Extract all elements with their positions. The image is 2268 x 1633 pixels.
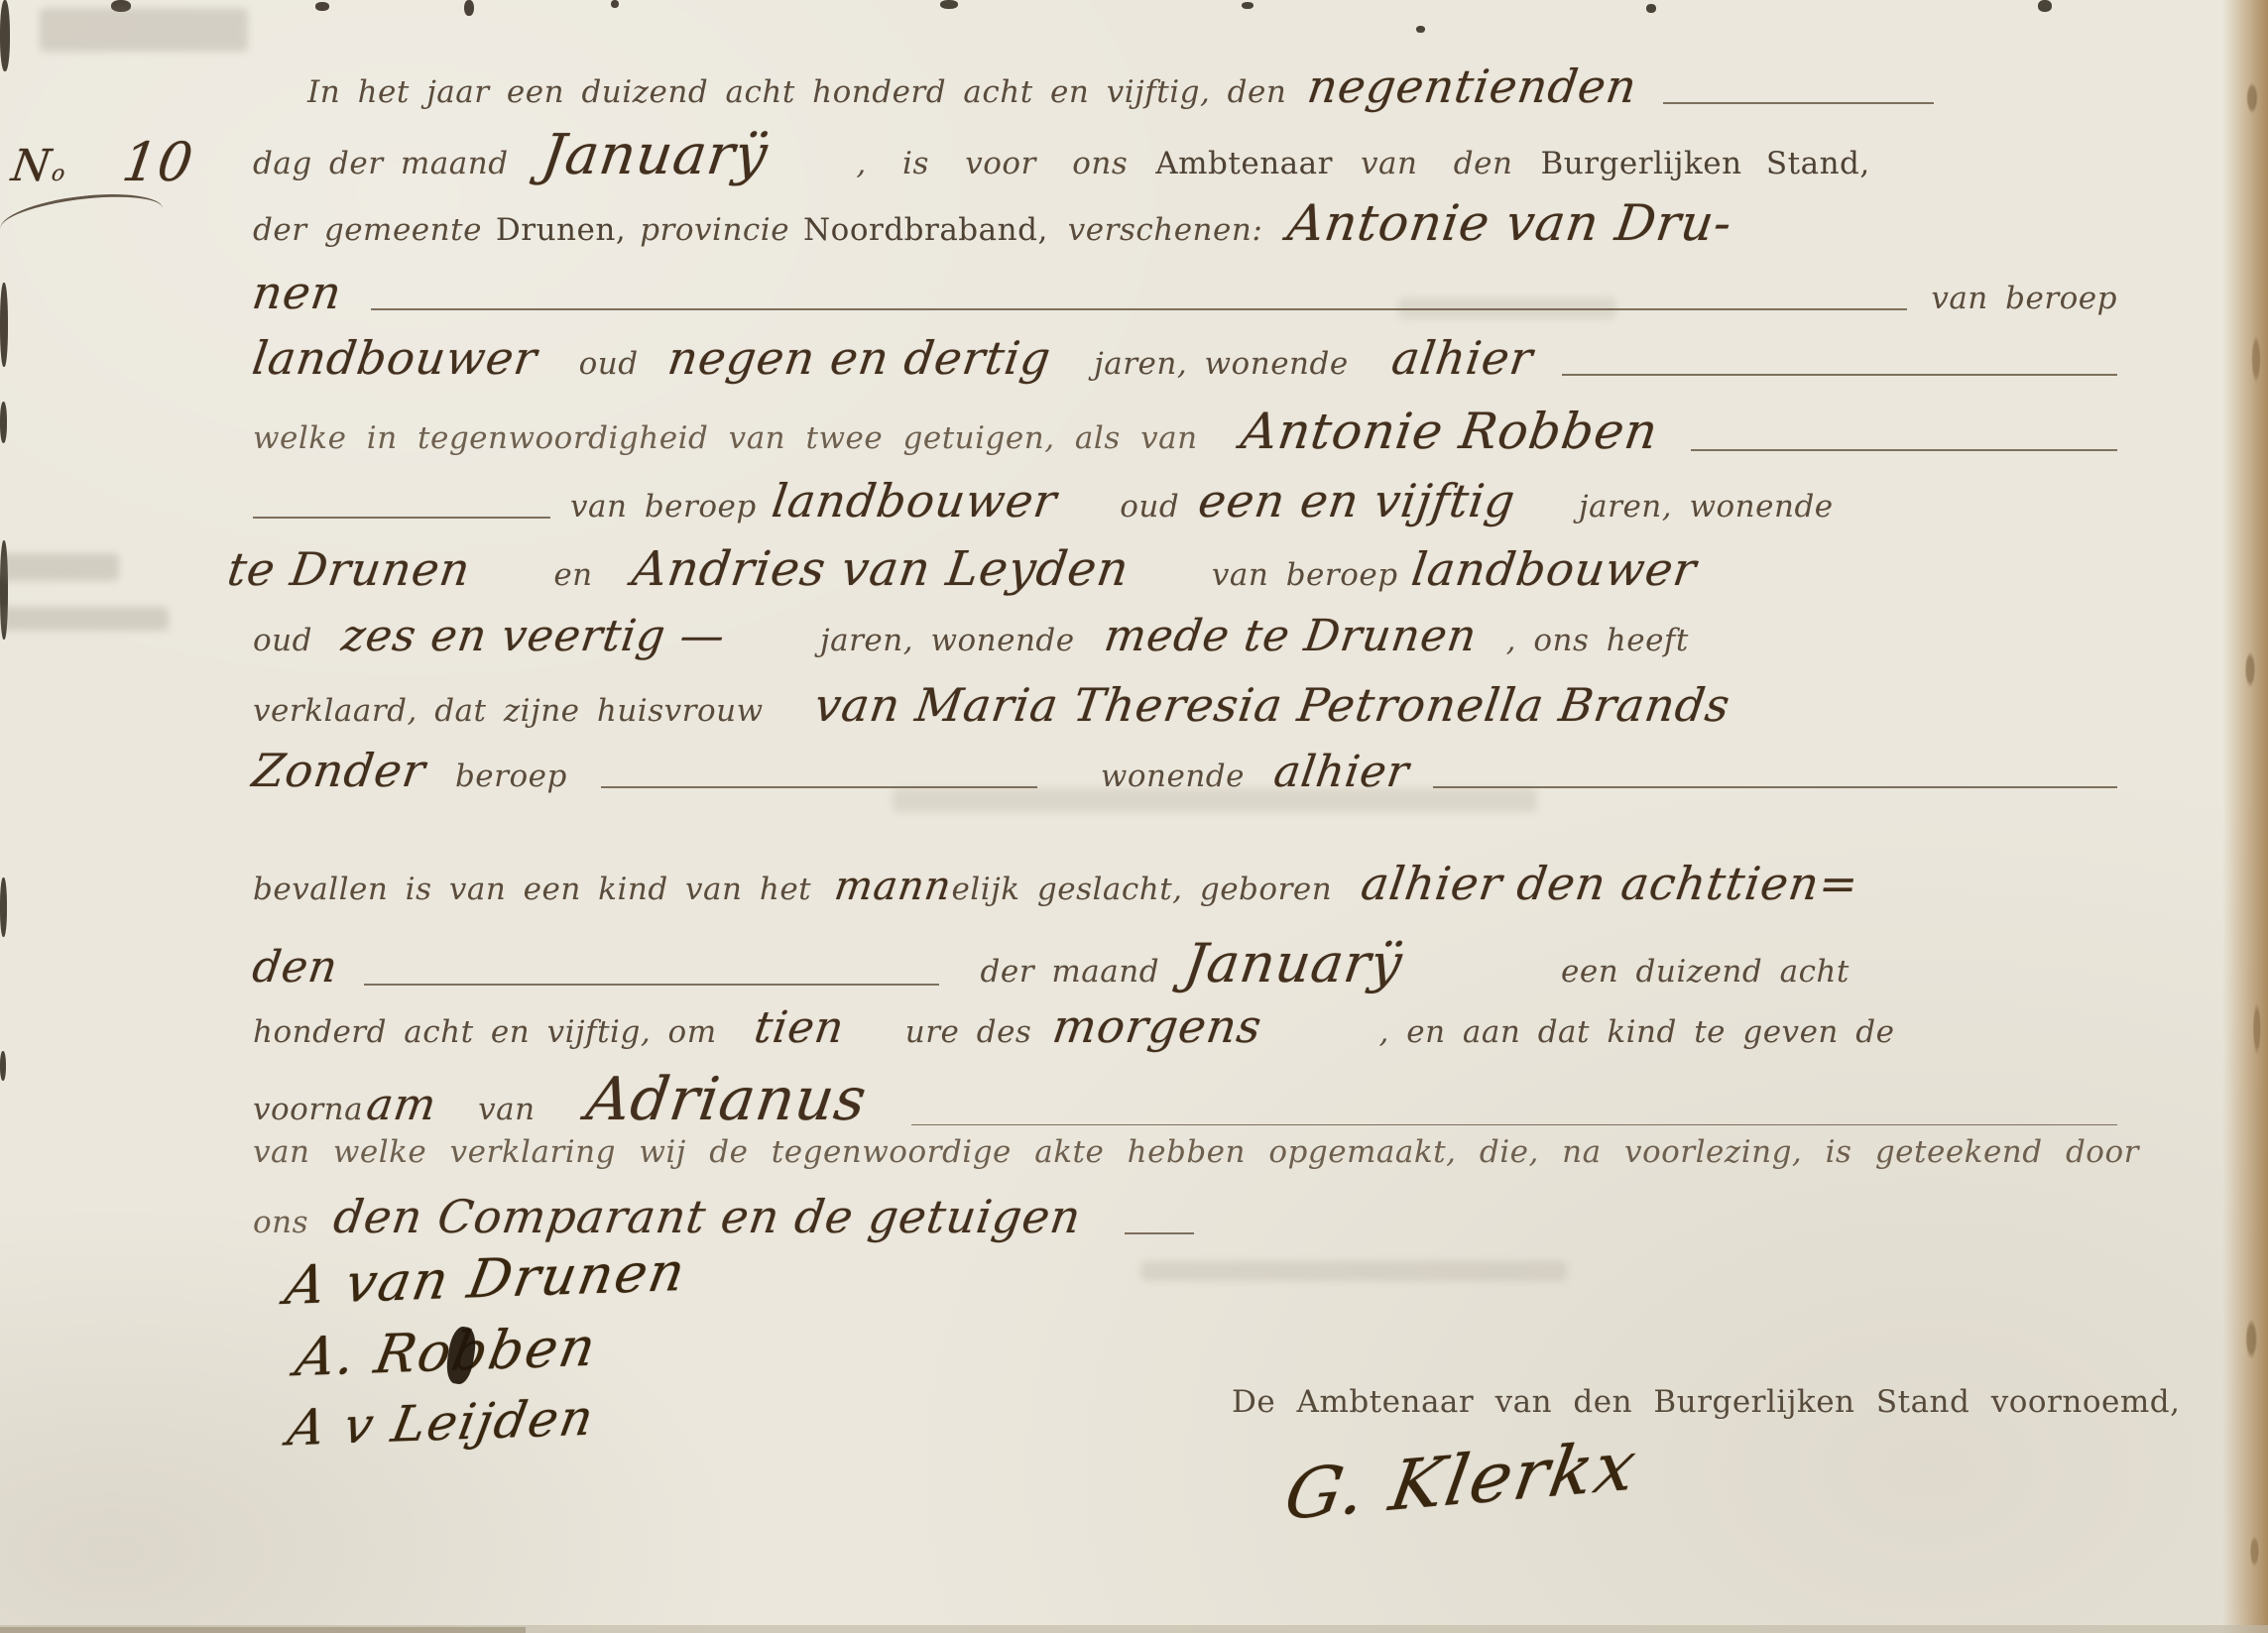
binding-mark (0, 402, 7, 443)
handwritten-text: Adrianus (582, 1065, 871, 1134)
no-label: N (8, 141, 55, 191)
printed-text: , ons heeft (1506, 623, 1689, 658)
printed-text: wonende (1101, 758, 1245, 794)
registrar-label: De Ambtenaar van den Burgerlijken Stand … (1232, 1384, 2180, 1420)
handwritten-text: mede te Drunen (1101, 611, 1480, 661)
handwritten-text: van Maria Theresia Petronella Brands (811, 678, 1733, 732)
handwritten-text: landbouwer (249, 331, 540, 385)
printed-text: van beroep (1212, 557, 1398, 593)
handwritten-text: Andries van Leyden (629, 541, 1133, 597)
printed-text: Noordbraband, (803, 212, 1048, 248)
handwritten-text: Antonie van Dru- (1284, 194, 1736, 252)
handwritten-text: een en vijftig (1195, 474, 1518, 527)
printed-text: welke in tegenwoordigheid van twee getui… (253, 420, 1198, 456)
handwritten-text: alhier (1388, 331, 1536, 385)
act-number: 10 (118, 131, 197, 193)
binding-mark (0, 877, 7, 937)
act-line-16: van welke verklaring wij de tegenwoordig… (253, 1134, 2117, 1170)
handwritten-text: nen (249, 266, 345, 319)
blank-line-rule (911, 1124, 2117, 1125)
act-line-13: den der maand Januarÿ een duizend acht (253, 932, 2117, 994)
act-line-17: ons den Comparant en de getuigen (253, 1190, 1740, 1243)
handwritten-text: Antonie Robben (1237, 403, 1661, 460)
printed-text: oud (579, 346, 639, 382)
printed-text: Ambtenaar (1155, 146, 1333, 181)
handwritten-text: den Comparant en de getuigen (330, 1190, 1085, 1243)
binding-mark (0, 1051, 6, 1081)
declarant-signature: A van Drunen (281, 1240, 691, 1317)
printed-text: en (553, 557, 592, 593)
printed-text: elijk geslacht, geboren (951, 872, 1332, 907)
witness1-signature: A. Robben (291, 1316, 602, 1388)
handwritten-text: landbouwer (769, 474, 1060, 527)
printed-text: oud (253, 623, 312, 658)
witness2-signature: A v Leijden (284, 1389, 600, 1458)
bleedthrough-ghost (1140, 1261, 1567, 1281)
printed-text: , en aan dat kind te geven de (1379, 1014, 1895, 1050)
edge-mark (1242, 2, 1253, 9)
act-number-block: No 10 (12, 131, 192, 193)
edge-mark (940, 0, 958, 9)
act-line-5: landbouwer oud negen en dertig jaren, wo… (253, 331, 2117, 385)
act-line-4: nen van beroep (253, 266, 2117, 319)
handwritten-text: tien (751, 1002, 847, 1053)
page-edge-texture (2228, 0, 2268, 1633)
printed-text: een duizend acht (1561, 954, 1850, 990)
printed-text: Burgerlijken Stand, (1540, 146, 1869, 181)
handwritten-text: negen en dertig (664, 331, 1054, 385)
handwritten-text: alhier (1270, 747, 1412, 797)
blank-line-rule (1562, 374, 2117, 376)
printed-text: van welke verklaring wij de tegenwoordig… (253, 1134, 2139, 1170)
act-line-12: bevallen is van een kind van het mann el… (253, 857, 2117, 910)
handwritten-text: landbouwer (1408, 542, 1700, 596)
printed-text: oud (1120, 489, 1179, 525)
blank-line-rule (1663, 102, 1934, 104)
printed-text: van (478, 1092, 535, 1127)
printed-text: verschenen: (1068, 212, 1262, 248)
printed-text: ons (253, 1205, 308, 1240)
printed-text: jaren, wonende (1094, 346, 1349, 382)
printed-text: dag der maand (253, 146, 509, 181)
binding-mark (0, 0, 10, 71)
no-superscript: o (50, 162, 67, 186)
blank-line-rule (371, 308, 1907, 310)
registrar-block: De Ambtenaar van den Burgerlijken Stand … (1232, 1384, 2180, 1420)
act-line-9: oud zes en veertig — jaren, wonende mede… (253, 611, 2117, 661)
binding-mark (0, 283, 8, 367)
handwritten-text: negentienden (1305, 59, 1641, 113)
flourish (0, 186, 166, 251)
printed-text: voorna (253, 1092, 363, 1127)
handwritten-text: mann (832, 864, 955, 909)
printed-text: van den (1361, 146, 1512, 181)
handwritten-text: te Drunen (224, 542, 474, 596)
birth-record-page: No 10 In het jaar een duizend acht honde… (0, 0, 2268, 1633)
printed-text: honderd acht en vijftig, om (253, 1014, 717, 1050)
act-line-8: te Drunen en Andries van Leyden van bero… (228, 541, 2117, 597)
bleedthrough-ghost (0, 553, 119, 581)
edge-mark (1416, 26, 1425, 33)
printed-text: In het jaar een duizend acht honderd ach… (307, 74, 1286, 110)
edge-mark (315, 2, 329, 11)
blank-line-rule (601, 786, 1037, 788)
blank-line-rule (253, 517, 550, 519)
handwritten-text: morgens (1050, 999, 1266, 1053)
blank-line-rule (364, 984, 939, 986)
act-line-6: welke in tegenwoordigheid van twee getui… (253, 403, 2117, 460)
registrar-signature: G. Klerkx (1279, 1425, 1643, 1536)
act-line-10: verklaard, dat zijne huisvrouw van Maria… (253, 678, 2117, 732)
act-line-2: dag der maand Januarÿ , is voor ons Ambt… (253, 123, 2117, 187)
printed-text: beroep (455, 758, 567, 794)
act-line-15: voorna am van Adrianus (253, 1065, 2117, 1134)
printed-text: Drunen, (496, 212, 626, 248)
handwritten-text: am (364, 1080, 440, 1130)
handwritten-text: Zonder (249, 744, 429, 797)
act-line-3: der gemeente Drunen, provincie Noordbrab… (253, 194, 2117, 252)
printed-text: van beroep (570, 489, 757, 525)
printed-text: jaren, wonende (1579, 489, 1834, 525)
printed-text: der maand (981, 954, 1160, 990)
page-edge-bottom-dark (0, 1627, 526, 1633)
bleedthrough-ghost (0, 607, 169, 631)
printed-text: provincie (640, 212, 789, 248)
act-line-7: van beroep landbouwer oud een en vijftig… (253, 474, 2117, 527)
bleedthrough-ghost (40, 8, 248, 52)
printed-text: ure des (905, 1014, 1032, 1050)
edge-mark (464, 0, 474, 16)
printed-text: verklaard, dat zijne huisvrouw (253, 693, 764, 729)
handwritten-text: Januarÿ (1181, 932, 1407, 994)
printed-text: van beroep (1931, 281, 2117, 316)
blank-line-rule (1691, 449, 2117, 451)
printed-text: bevallen is van een kind van het (253, 872, 811, 907)
printed-text: jaren, wonende (820, 623, 1075, 658)
edge-mark (2038, 0, 2052, 12)
printed-text: , is voor ons (856, 146, 1128, 181)
act-line-11: Zonder beroep wonende alhier (253, 744, 2117, 797)
blank-line-rule (1125, 1232, 1194, 1234)
handwritten-text: den (249, 942, 341, 992)
act-line-1: In het jaar een duizend acht honderd ach… (307, 59, 1934, 113)
edge-mark (1646, 4, 1656, 13)
act-line-14: honderd acht en vijftig, om tien ure des… (253, 999, 2117, 1053)
printed-text: der gemeente (253, 212, 482, 248)
blank-line-rule (1433, 786, 2117, 788)
handwritten-text: Januarÿ (537, 123, 772, 187)
handwritten-text: zes en veertig — (338, 611, 728, 661)
edge-mark (611, 0, 619, 8)
handwritten-text: alhier den achttien= (1358, 857, 1862, 910)
